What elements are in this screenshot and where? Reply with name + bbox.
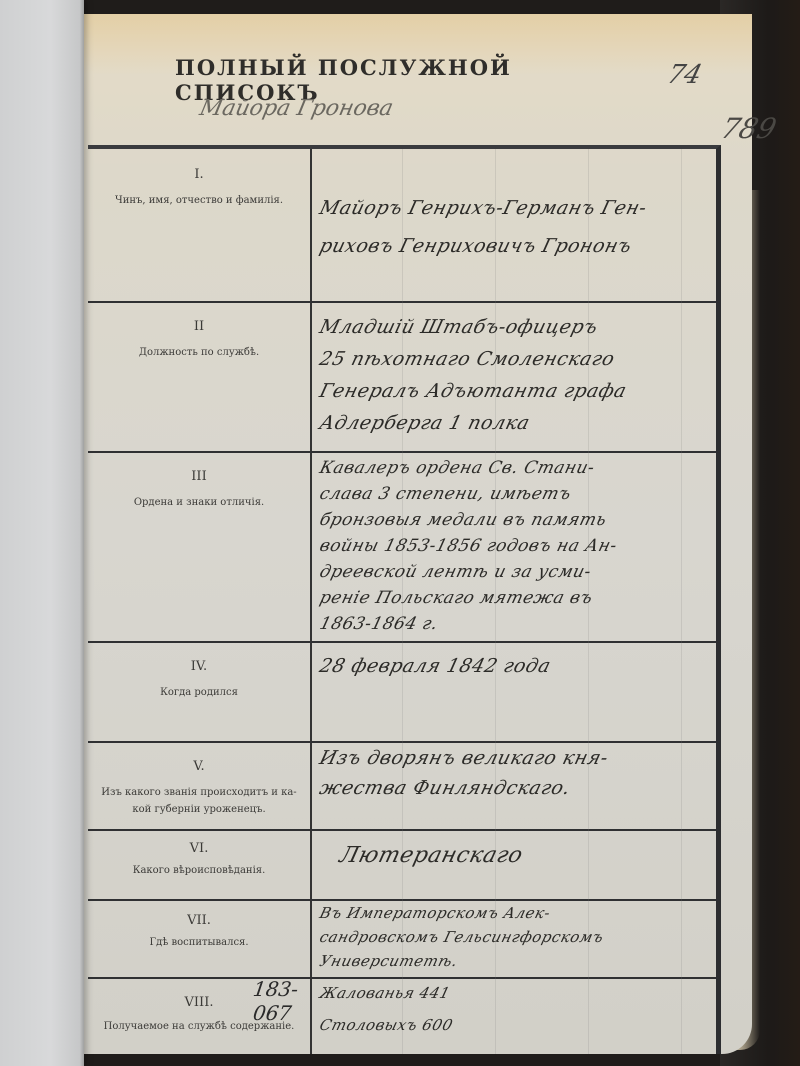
entry-line: войны 1853-1856 годовъ на Ан- [317, 533, 703, 559]
section-number: VI. [88, 841, 310, 856]
section-label: Когда родился [88, 684, 310, 701]
section-entry: Кавалеръ ордена Св. Стани- слава 3 степе… [320, 451, 700, 645]
entry-line: Жалованья 441 [316, 977, 704, 1009]
section-rank-name: I. Чинъ, имя, отчество и фамилія. Майоръ… [88, 149, 716, 303]
section-label-cell: VII. Гдѣ воспитывался. [88, 899, 310, 977]
section-label-cell: IV. Когда родился [88, 641, 310, 741]
section-number: I. [88, 167, 310, 182]
section-label-cell: III Ордена и знаки отличія. [88, 451, 310, 641]
section-label-cell: V. Изъ какого званія происходитъ и ка-ко… [88, 741, 310, 829]
section-entry: Жалованья 441 Столовыхъ 600 [320, 977, 700, 1054]
section-label: Изъ какого званія происходитъ и ка-кой г… [88, 784, 310, 818]
entry-line: Университетѣ. [317, 949, 703, 973]
entry-line: сандровскомъ Гельсингфорскомъ [317, 925, 703, 949]
entry-line: слава 3 степени, имѣетъ [317, 481, 703, 507]
section-number: IV. [88, 659, 310, 674]
section-education: VII. Гдѣ воспитывался. Въ Императорскомъ… [88, 899, 716, 979]
section-entry: Въ Императорскомъ Алек- сандровскомъ Гел… [320, 899, 700, 979]
entry-line: реніе Польскаго мятежа въ [317, 585, 703, 611]
section-label: Чинъ, имя, отчество и фамилія. [88, 192, 310, 209]
left-facing-page [0, 0, 84, 1066]
section-entry: Младшій Штабъ-офицеръ 25 пѣхотнаго Смоле… [320, 301, 700, 461]
section-label: Ордена и знаки отличія. [88, 494, 310, 511]
entry-line: Столовыхъ 600 [316, 1009, 704, 1041]
entry-line: жества Финляндскаго. [316, 773, 703, 803]
section-label: Должность по службѣ. [88, 344, 310, 361]
section-orders-decorations: III Ордена и знаки отличія. Кавалеръ орд… [88, 451, 716, 643]
section-entry: 28 февраля 1842 года [320, 641, 700, 747]
section-label-cell: I. Чинъ, имя, отчество и фамилія. [88, 149, 310, 301]
section-salary: VIII. Получаемое на службѣ содержаніе. 1… [88, 977, 716, 1054]
entry-line: Майоръ Генрихъ-Германъ Ген- [315, 189, 704, 227]
section-religion: VI. Какого вѣроисповѣданія. Лютеранскаго [88, 829, 716, 901]
section-entry: Изъ дворянъ великаго кня- жества Финлянд… [320, 741, 700, 831]
document-subtitle-handwritten: Майора Гронова [197, 96, 395, 121]
entry-line: 25 пѣхотнаго Смоленскаго [316, 343, 704, 375]
section-number: VII. [88, 913, 310, 928]
section-label: Какого вѣроисповѣданія. [88, 862, 310, 879]
entry-line: Въ Императорскомъ Алек- [317, 901, 703, 925]
entry-line: Лютеранскаго [335, 837, 724, 875]
entry-line: Генералъ Адъютанта графа [316, 375, 704, 407]
entry-line: 1863-1864 г. [317, 611, 703, 637]
section-number: II [88, 319, 310, 334]
entry-line: Младшій Штабъ-офицеръ [316, 311, 704, 343]
service-record-form: I. Чинъ, имя, отчество и фамилія. Майоръ… [88, 145, 721, 1054]
section-label-cell: VI. Какого вѣроисповѣданія. [88, 829, 310, 899]
section-number: V. [88, 759, 310, 774]
section-entry: Лютеранскаго [320, 829, 720, 907]
entry-line: 28 февраля 1842 года [315, 647, 704, 685]
section-label-cell: II Должность по службѣ. [88, 301, 310, 451]
section-birth-date: IV. Когда родился 28 февраля 1842 года [88, 641, 716, 743]
archive-annotation: 183-067 [235, 977, 314, 1025]
section-origin: V. Изъ какого званія происходитъ и ка-ко… [88, 741, 716, 831]
entry-line: Адлерберга 1 полка [316, 407, 704, 439]
entry-line: риховъ Генриховичъ Грононъ [315, 227, 704, 265]
section-position: II Должность по службѣ. Младшій Штабъ-оф… [88, 301, 716, 453]
section-label-cell: VIII. Получаемое на службѣ содержаніе. 1… [88, 977, 310, 1054]
entry-line: Изъ дворянъ великаго кня- [316, 743, 703, 773]
section-label: Гдѣ воспитывался. [88, 934, 310, 951]
folio-number: 789 [718, 112, 780, 145]
entry-line: дреевской лентѣ и за усми- [317, 559, 703, 585]
section-number: III [88, 469, 310, 484]
entry-line: бронзовыя медали въ память [317, 507, 703, 533]
entry-line: Кавалеръ ордена Св. Стани- [317, 455, 703, 481]
